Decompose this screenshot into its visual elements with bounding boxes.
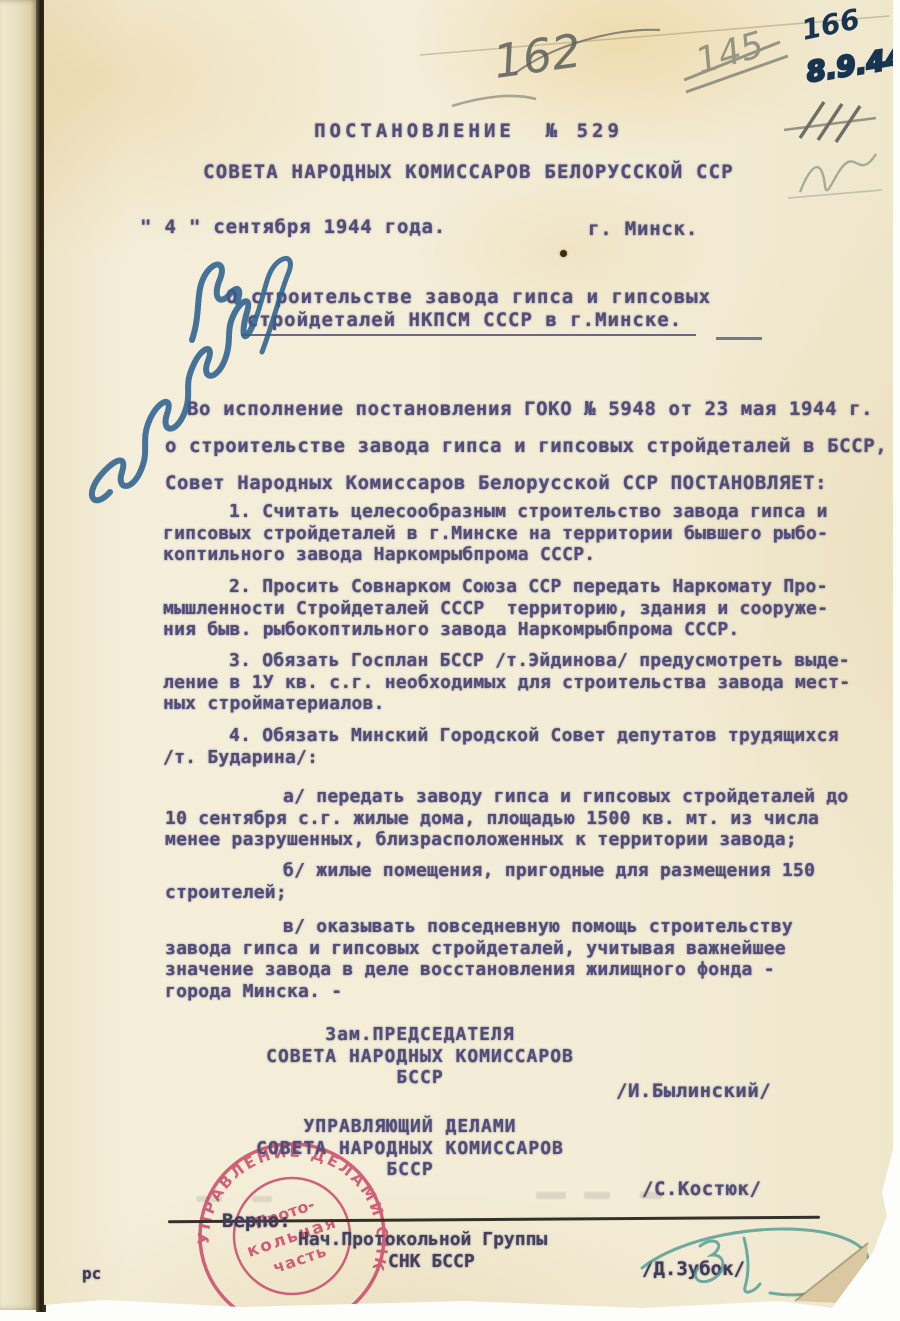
scrawl-main-stroke bbox=[92, 301, 255, 500]
book-binding-underlying-page bbox=[0, 0, 38, 1310]
pencil-scrawl bbox=[788, 154, 882, 198]
folded-corner bbox=[795, 1243, 868, 1304]
ink-date: 8.9.44 bbox=[804, 41, 893, 89]
pencil-underline bbox=[452, 96, 536, 106]
crossed-pencil-annotation-145: 145 bbox=[684, 24, 788, 92]
pencil-number-162: 162 bbox=[490, 23, 584, 89]
scrawl-descender-stroke bbox=[256, 258, 290, 352]
slash-mark bbox=[800, 102, 824, 138]
scanned-archival-document: { "doc": { "heading_line1": "ПОСТАНОВЛЕН… bbox=[0, 0, 900, 1321]
pencil-annotation-162: 162 bbox=[452, 23, 660, 106]
scrawl-stroke bbox=[800, 154, 876, 192]
handwritten-annotations-layer: 162 145 166 8.9.44 bbox=[44, 0, 893, 1314]
document-page: УПРАВЛЕНИЕ ДЕЛАМИ СНК БССР Прото- кольна… bbox=[44, 0, 893, 1314]
pencil-slashes-annotation bbox=[784, 102, 876, 142]
ink-annotation-166-date: 166 8.9.44 bbox=[799, 2, 893, 88]
scrawl-underline bbox=[788, 190, 882, 198]
scrawl-letter-stroke bbox=[695, 1241, 722, 1282]
scrawl-letter-stroke bbox=[744, 1238, 760, 1292]
ink-number-166: 166 bbox=[799, 2, 863, 46]
blue-ink-margin-scrawl bbox=[92, 258, 290, 500]
